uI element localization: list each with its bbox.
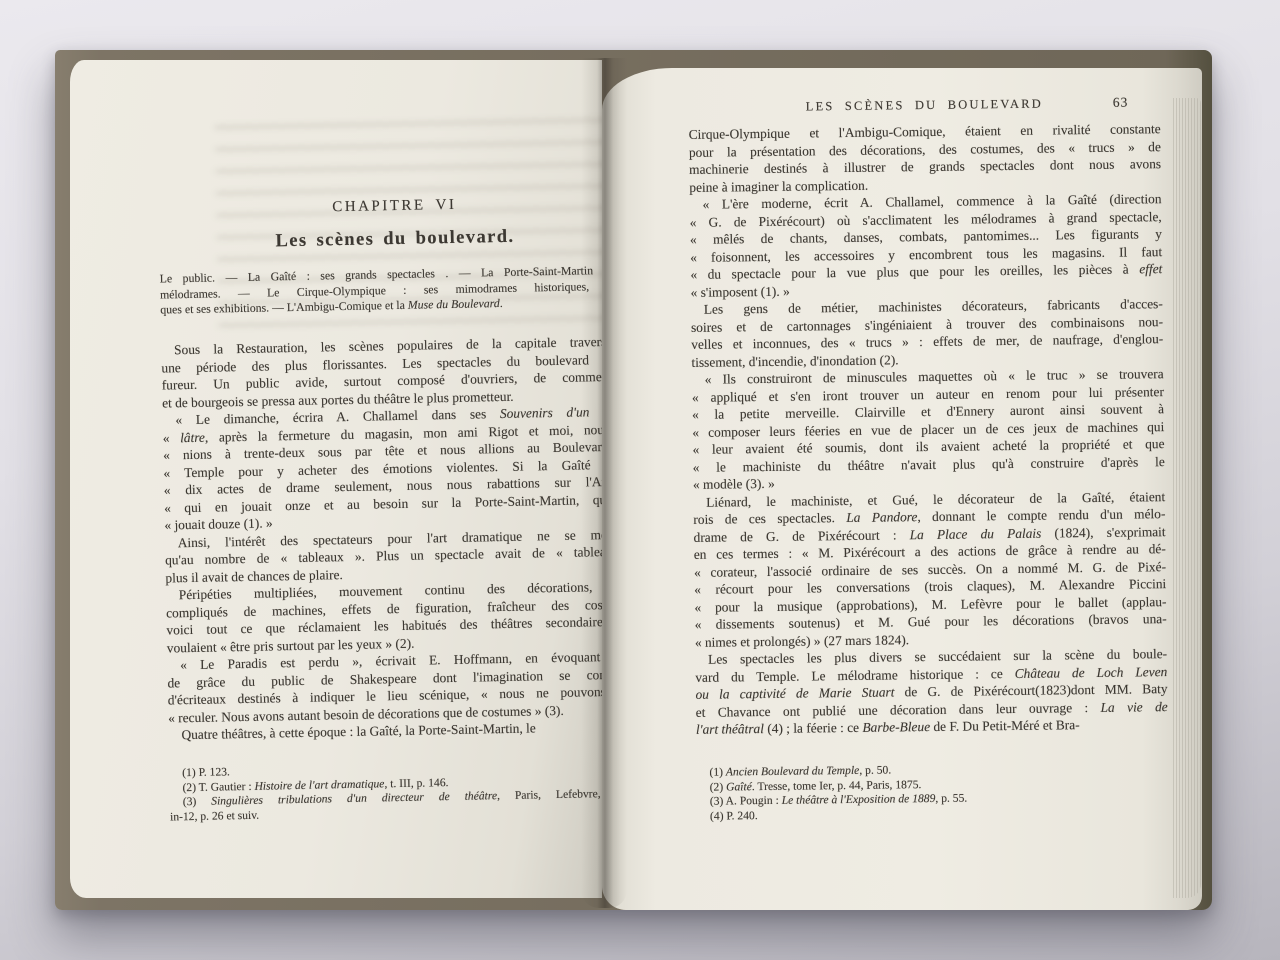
left-page-body: Sous la Restauration, les scènes populai… (161, 332, 641, 743)
right-page-content: LES SCÈNES DU BOULEVARD 63 Cirque-Olympi… (688, 65, 1170, 913)
text-segment: Le théâtre à l'Exposition de 1889 (782, 792, 936, 807)
paragraph: Ainsi, l'intérêt des spectateurs pour l'… (165, 525, 638, 587)
text-segment: Château de Loch Leven (1015, 664, 1168, 681)
text-segment: l'art théâtral (696, 721, 764, 737)
right-page: LES SCÈNES DU BOULEVARD 63 Cirque-Olympi… (602, 68, 1202, 910)
text-segment: « s'imposent (1). » (691, 283, 790, 299)
text-segment: , t. III, p. 146. (384, 776, 448, 790)
paragraph: Sous la Restauration, les scènes populai… (161, 332, 634, 411)
paragraph: Cirque-Olympique et l'Ambigu-Comique, ét… (689, 120, 1162, 196)
running-head: LES SCÈNES DU BOULEVARD 63 (688, 95, 1160, 116)
page-edges (1171, 98, 1201, 898)
text-segment: La Place du Palais (910, 525, 1042, 542)
paragraph: Le public. — La Gaîté : ses grands spect… (160, 262, 633, 318)
left-page-footnotes: (1) P. 123.(2) T. Gautier : Histoire de … (169, 757, 642, 824)
text-segment: La Pandore (846, 509, 917, 525)
text-segment: (1) P. 123. (182, 765, 230, 779)
text-segment: (2) (710, 780, 727, 793)
text-segment: « nimes et prolongés) » (27 mars 1824). (695, 632, 909, 650)
paragraph: Liénard, le machiniste, et Gué, le décor… (693, 488, 1167, 651)
running-head-text: LES SCÈNES DU BOULEVARD (806, 97, 1043, 114)
text-segment: lâtre (180, 429, 205, 444)
text-segment: Barbe-Bleue (862, 719, 930, 735)
text-segment: (4) ; la féerie : ce (764, 720, 863, 736)
text-segment: drame de G. de Pixérécourt : (694, 527, 910, 545)
paragraph: Péripéties multipliées, mouvement contin… (166, 577, 639, 656)
text-segment: (3) A. Pougin : (710, 794, 782, 808)
text-segment: de G. de Pixérécourt(1823)dont MM. Baty (894, 681, 1167, 699)
text-segment: (4) P. 240. (710, 809, 758, 823)
text-segment: « jouait douze (1). » (164, 515, 272, 532)
text-segment: ou la captivité de Marie Stuart (695, 684, 894, 701)
gutter-shadow (581, 58, 627, 908)
chapter-summary: Le public. — La Gaîté : ses grands spect… (160, 262, 633, 318)
text-segment: (3) (183, 795, 212, 809)
text-segment: , p. 50. (859, 763, 891, 776)
paragraph: Les spectacles les plus divers se succéd… (695, 645, 1168, 738)
text-segment: Gaîté (726, 780, 752, 793)
text-segment: , p. 55. (935, 792, 967, 805)
text-segment: rois de ces spectacles. (693, 510, 846, 527)
text-segment: . (500, 296, 503, 310)
text-segment: peine à imaginer la complication. (689, 177, 868, 194)
right-page-footnotes: (1) Ancien Boulevard du Temple, p. 50.(2… (696, 760, 1169, 824)
text-segment: La vie de (1100, 699, 1167, 715)
page-number: 63 (1113, 95, 1129, 111)
photo-background: { "colors":{ "background_top":"#ebe9ee",… (0, 0, 1280, 960)
text-segment: Muse du Boulevard (408, 296, 500, 312)
book: CHAPITRE VI Les scènes du boulevard. Le … (55, 50, 1212, 910)
paragraph: « Le Paradis est perdu », écrivait E. Ho… (167, 647, 640, 726)
text-segment: in-12, p. 26 et suiv. (170, 809, 259, 824)
text-segment: (2) T. Gautier : (182, 779, 254, 793)
left-page-content: CHAPITRE VI Les scènes du boulevard. Le … (156, 56, 644, 903)
text-segment: vard du Temple. Le mélodrame historique … (695, 665, 1015, 684)
text-segment: (1) (709, 765, 726, 778)
paragraph: « L'ère moderne, écrit A. Challamel, com… (689, 190, 1162, 301)
paragraph: Les gens de métier, machinistes décorate… (691, 295, 1164, 371)
paragraph: « Ils construiront de minuscules maquett… (692, 365, 1165, 493)
text-segment: plus il avait de chances de plaire. (165, 567, 343, 585)
text-segment: effet (1139, 261, 1162, 276)
text-segment: « modèle (3). » (693, 476, 775, 492)
text-segment: (1824), s'exprimait (1041, 524, 1165, 541)
text-segment: , donnant le compte rendu d'un mélo- (917, 506, 1165, 524)
text-segment: . Tresse, tome Ier, p. 44, Paris, 1875. (752, 778, 922, 793)
text-segment: Ancien Boulevard du Temple (726, 764, 860, 779)
text-segment: tissement, d'incendie, d'inondation (2). (691, 352, 898, 370)
right-page-body: Cirque-Olympique et l'Ambigu-Comique, ét… (689, 120, 1168, 738)
text-segment: de F. Du Petit-Méré et Bra- (930, 717, 1080, 734)
text-segment: « (163, 430, 181, 445)
left-page: CHAPITRE VI Les scènes du boulevard. Le … (70, 60, 602, 898)
paragraph: « Le dimanche, écrira A. Challamel dans … (162, 402, 636, 534)
text-segment: Histoire de l'art dramatique (254, 777, 384, 792)
